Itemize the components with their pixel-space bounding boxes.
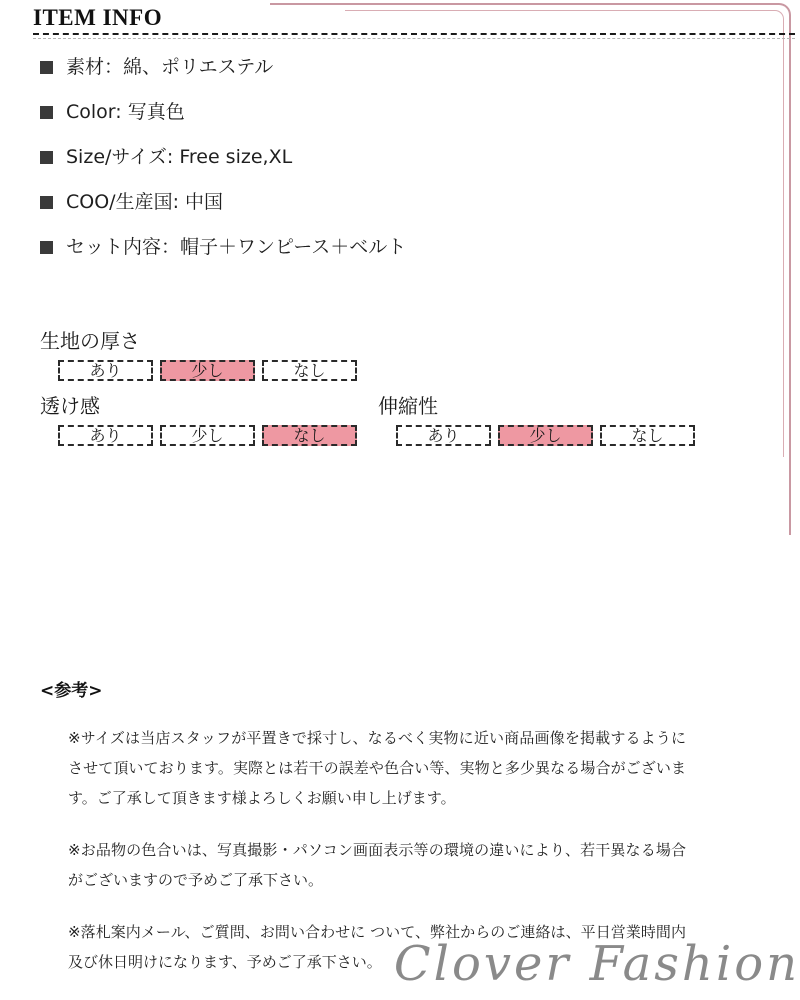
attribute-section-thickness: 生地の厚さ あり 少し なし [40,330,357,381]
list-item-label: 素材：綿、ポリエステル [66,56,273,78]
list-item-label: COO/生産国: 中国 [66,191,223,213]
list-item-coo: COO/生産国: 中国 [40,191,406,213]
option-box-ari: あり [396,425,491,446]
list-item-label: セット内容：帽子＋ワンピース＋ベルト [66,236,406,258]
dashed-divider-shadow [33,38,795,39]
attribute-label: 生地の厚さ [40,330,357,352]
reference-paragraph: ※お品物の色合いは、写真撮影・パソコン画面表示等の環境の違いにより、若干異なる場… [68,835,686,895]
reference-heading: <参考> [40,676,688,701]
attribute-label: 透け感 [40,395,357,417]
square-bullet-icon [40,106,53,119]
attribute-label: 伸縮性 [378,395,695,417]
option-box-sukoshi-selected: 少し [498,425,593,446]
square-bullet-icon [40,241,53,254]
list-item-label: Color: 写真色 [66,101,185,123]
attribute-section-sheerness: 透け感 あり 少し なし [40,395,357,446]
option-row: あり 少し なし [396,425,695,446]
attribute-section-stretch: 伸縮性 あり 少し なし [378,395,695,446]
dashed-divider [33,33,795,35]
list-item-material: 素材：綿、ポリエステル [40,56,406,78]
reference-paragraph: ※サイズは当店スタッフが平置きで採寸し、なるべく実物に近い商品画像を掲載するよう… [68,723,686,813]
list-item-label: Size/サイズ: Free size,XL [66,146,292,168]
option-row: あり 少し なし [58,360,357,381]
option-box-nashi: なし [262,360,357,381]
option-box-sukoshi-selected: 少し [160,360,255,381]
square-bullet-icon [40,61,53,74]
brand-logo: Clover Fashion [0,936,800,992]
page-title: ITEM INFO [33,5,795,31]
pink-frame-inner [345,10,784,457]
option-box-nashi-selected: なし [262,425,357,446]
list-item-set-contents: セット内容：帽子＋ワンピース＋ベルト [40,236,406,258]
option-box-nashi: なし [600,425,695,446]
square-bullet-icon [40,151,53,164]
square-bullet-icon [40,196,53,209]
option-row: あり 少し なし [58,425,357,446]
option-box-sukoshi: 少し [160,425,255,446]
option-box-ari: あり [58,425,153,446]
item-info-list: 素材：綿、ポリエステル Color: 写真色 Size/サイズ: Free si… [40,56,406,281]
option-box-ari: あり [58,360,153,381]
header: ITEM INFO [33,5,795,39]
list-item-color: Color: 写真色 [40,101,406,123]
list-item-size: Size/サイズ: Free size,XL [40,146,406,168]
